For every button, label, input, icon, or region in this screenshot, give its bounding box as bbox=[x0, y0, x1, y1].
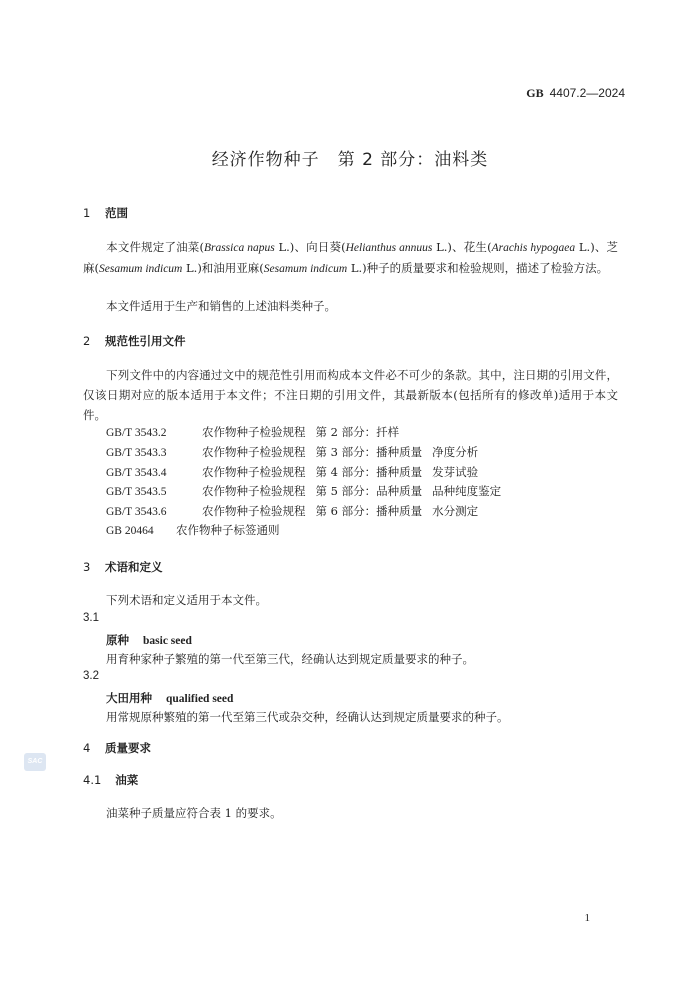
section-title: 范围 bbox=[105, 206, 128, 220]
term-number: 3.1 bbox=[83, 612, 99, 624]
term-number: 3.2 bbox=[83, 670, 99, 682]
section-title: 质量要求 bbox=[105, 741, 151, 755]
page-title: 经济作物种子 第 2 部分：油料类 bbox=[0, 145, 700, 170]
reference-item: GB/T 3543.6农作物种子检验规程第 6 部分：播种质量水分测定 bbox=[106, 503, 478, 519]
section-title: 术语和定义 bbox=[105, 560, 163, 574]
document-number: GB 4407.2—2024 bbox=[526, 86, 625, 101]
term-definition: 用常规原种繁殖的第一代至第三代或杂交种，经确认达到规定质量要求的种子。 bbox=[106, 709, 509, 725]
section-2-paragraph-1: 下列文件中的内容通过文中的规范性引用而构成本文件必不可少的条款。其中，注日期的引… bbox=[83, 365, 618, 425]
subsection-4-1-heading: 4.1油菜 bbox=[83, 772, 138, 788]
doc-number-value: 4407.2—2024 bbox=[550, 86, 625, 100]
reference-item: GB/T 3543.4农作物种子检验规程第 4 部分：播种质量发芽试验 bbox=[106, 464, 478, 480]
section-3-intro: 下列术语和定义适用于本文件。 bbox=[106, 592, 267, 608]
section-number: 4 bbox=[83, 741, 105, 755]
section-title: 规范性引用文件 bbox=[105, 334, 186, 348]
term-definition: 用育种家种子繁殖的第一代至第三代，经确认达到规定质量要求的种子。 bbox=[106, 651, 474, 667]
section-4-heading: 4质量要求 bbox=[83, 740, 151, 756]
section-4-1-paragraph: 油菜种子质量应符合表 1 的要求。 bbox=[106, 805, 282, 821]
reference-item: GB 20464农作物种子标签通则 bbox=[106, 522, 280, 538]
page-number: 1 bbox=[585, 912, 591, 924]
section-3-heading: 3术语和定义 bbox=[83, 559, 163, 575]
section-number: 1 bbox=[83, 206, 105, 220]
sac-watermark-logo: SAC bbox=[24, 753, 46, 771]
reference-item: GB/T 3543.2农作物种子检验规程第 2 部分：扦样 bbox=[106, 424, 399, 440]
reference-item: GB/T 3543.5农作物种子检验规程第 5 部分：品种质量品种纯度鉴定 bbox=[106, 483, 501, 499]
reference-item: GB/T 3543.3农作物种子检验规程第 3 部分：播种质量净度分析 bbox=[106, 444, 478, 460]
section-2-heading: 2规范性引用文件 bbox=[83, 333, 186, 349]
section-1-paragraph-2: 本文件适用于生产和销售的上述油料类种子。 bbox=[83, 296, 618, 316]
section-1-paragraph-1: 本文件规定了油菜(Brassica napus L.)、向日葵(Helianth… bbox=[83, 237, 618, 279]
section-number: 3 bbox=[83, 560, 105, 574]
term-name: 原种basic seed bbox=[106, 632, 192, 648]
doc-prefix: GB bbox=[526, 86, 543, 100]
section-number: 2 bbox=[83, 334, 105, 348]
term-name: 大田用种qualified seed bbox=[106, 690, 233, 706]
section-1-heading: 1范围 bbox=[83, 205, 128, 221]
